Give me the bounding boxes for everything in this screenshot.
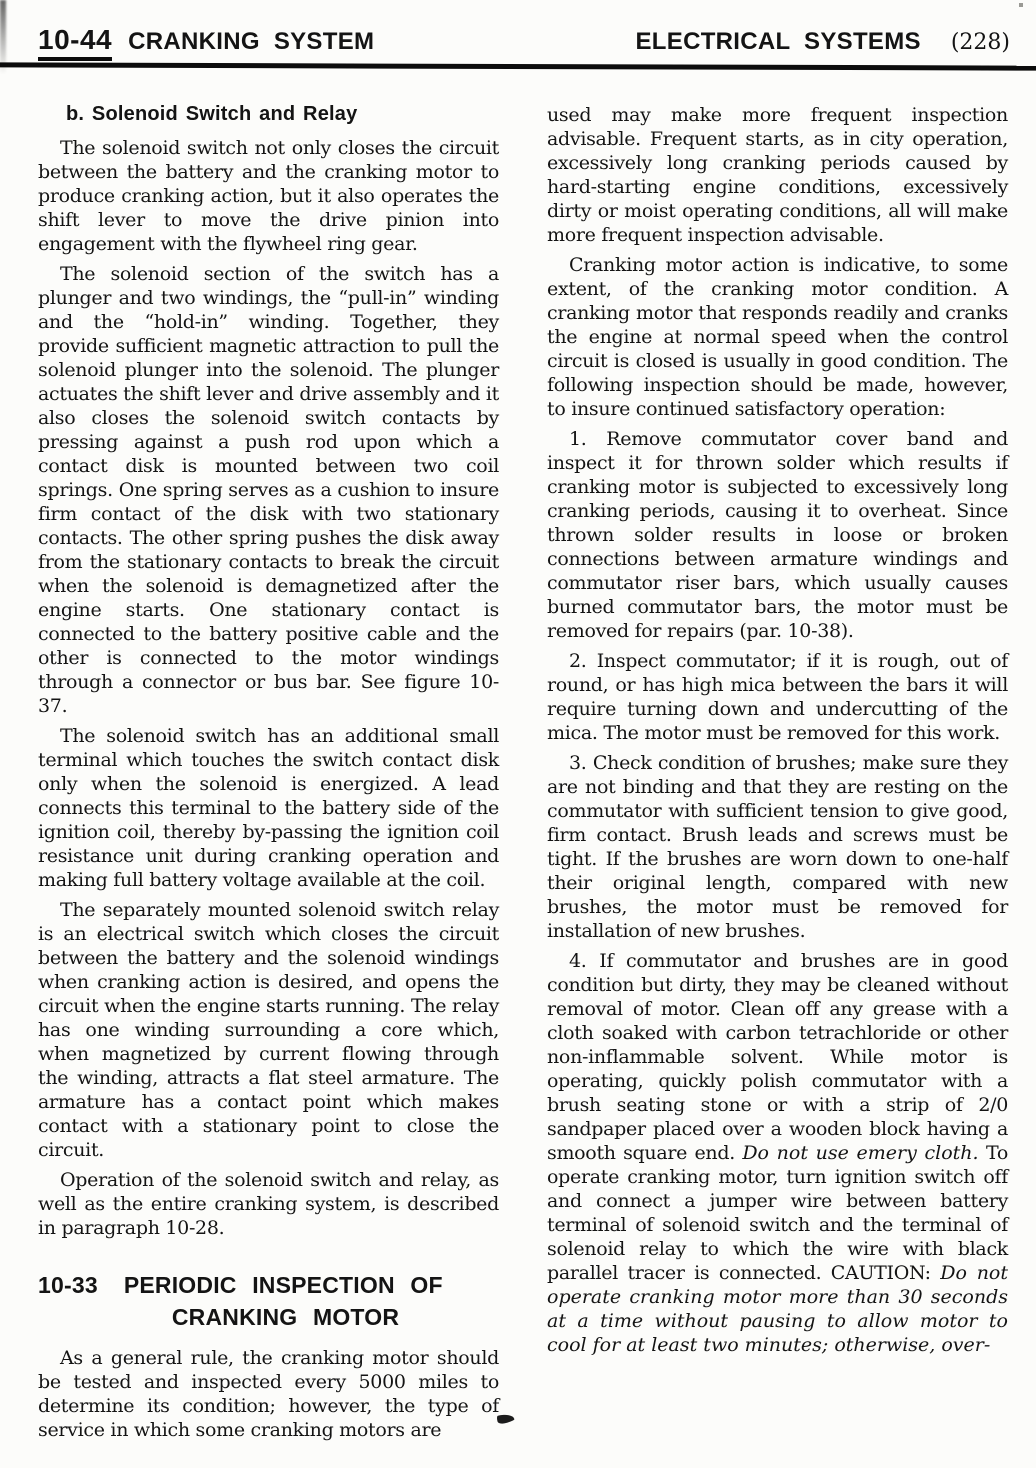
- section-title: CRANKING SYSTEM: [128, 28, 374, 56]
- header-left: 10-44 CRANKING SYSTEM: [38, 24, 374, 61]
- paragraph-relay-description: The separately mounted solenoid switch r…: [38, 898, 499, 1162]
- section-number: 10-44: [38, 24, 112, 61]
- numbered-item-3: 3. Check condition of brushes; make sure…: [547, 751, 1008, 943]
- paragraph-motor-action: Cranking motor action is indicative, to …: [547, 253, 1008, 421]
- paragraph-operation-reference: Operation of the solenoid switch and rel…: [38, 1168, 499, 1240]
- section-heading-line1: 10-33 PERIODIC INSPECTION OF: [38, 1270, 499, 1300]
- item-4-text: 4. If commutator and brushes are in good…: [547, 950, 1008, 1164]
- section-heading-number: 10-33: [38, 1270, 98, 1300]
- paragraph-additional-terminal: The solenoid switch has an additional sm…: [38, 724, 499, 892]
- item-4-italic-warning: Do not use emery cloth.: [742, 1142, 978, 1164]
- section-heading-line2: CRANKING MOTOR: [38, 1302, 499, 1332]
- page-body: b. Solenoid Switch and Relay The solenoi…: [0, 69, 1036, 1442]
- page-number: (228): [951, 30, 1010, 55]
- numbered-item-2: 2. Inspect commutator; if it is rough, o…: [547, 649, 1008, 745]
- section-heading-title: PERIODIC INSPECTION OF: [124, 1270, 443, 1300]
- right-column: used may make more frequent inspection a…: [547, 103, 1008, 1442]
- chapter-title: ELECTRICAL SYSTEMS: [636, 28, 921, 56]
- numbered-item-1: 1. Remove commutator cover band and insp…: [547, 427, 1008, 643]
- header-right: ELECTRICAL SYSTEMS (228): [636, 28, 1011, 56]
- scan-edge-shadow: [0, 0, 6, 74]
- manual-page: 10-44 CRANKING SYSTEM ELECTRICAL SYSTEMS…: [0, 0, 1036, 1468]
- paragraph-continuation: used may make more frequent inspection a…: [547, 103, 1008, 247]
- subsection-heading-b: b. Solenoid Switch and Relay: [66, 103, 499, 126]
- left-column: b. Solenoid Switch and Relay The solenoi…: [38, 103, 499, 1442]
- numbered-item-4: 4. If commutator and brushes are in good…: [547, 949, 1008, 1357]
- paragraph-solenoid-overview: The solenoid switch not only closes the …: [38, 136, 499, 256]
- paragraph-solenoid-section: The solenoid section of the switch has a…: [38, 262, 499, 718]
- paragraph-general-rule: As a general rule, the cranking motor sh…: [38, 1346, 499, 1442]
- page-header: 10-44 CRANKING SYSTEM ELECTRICAL SYSTEMS…: [0, 0, 1036, 61]
- section-heading-10-33: 10-33 PERIODIC INSPECTION OF CRANKING MO…: [38, 1270, 499, 1332]
- scan-dot-artifact: [1019, 3, 1023, 7]
